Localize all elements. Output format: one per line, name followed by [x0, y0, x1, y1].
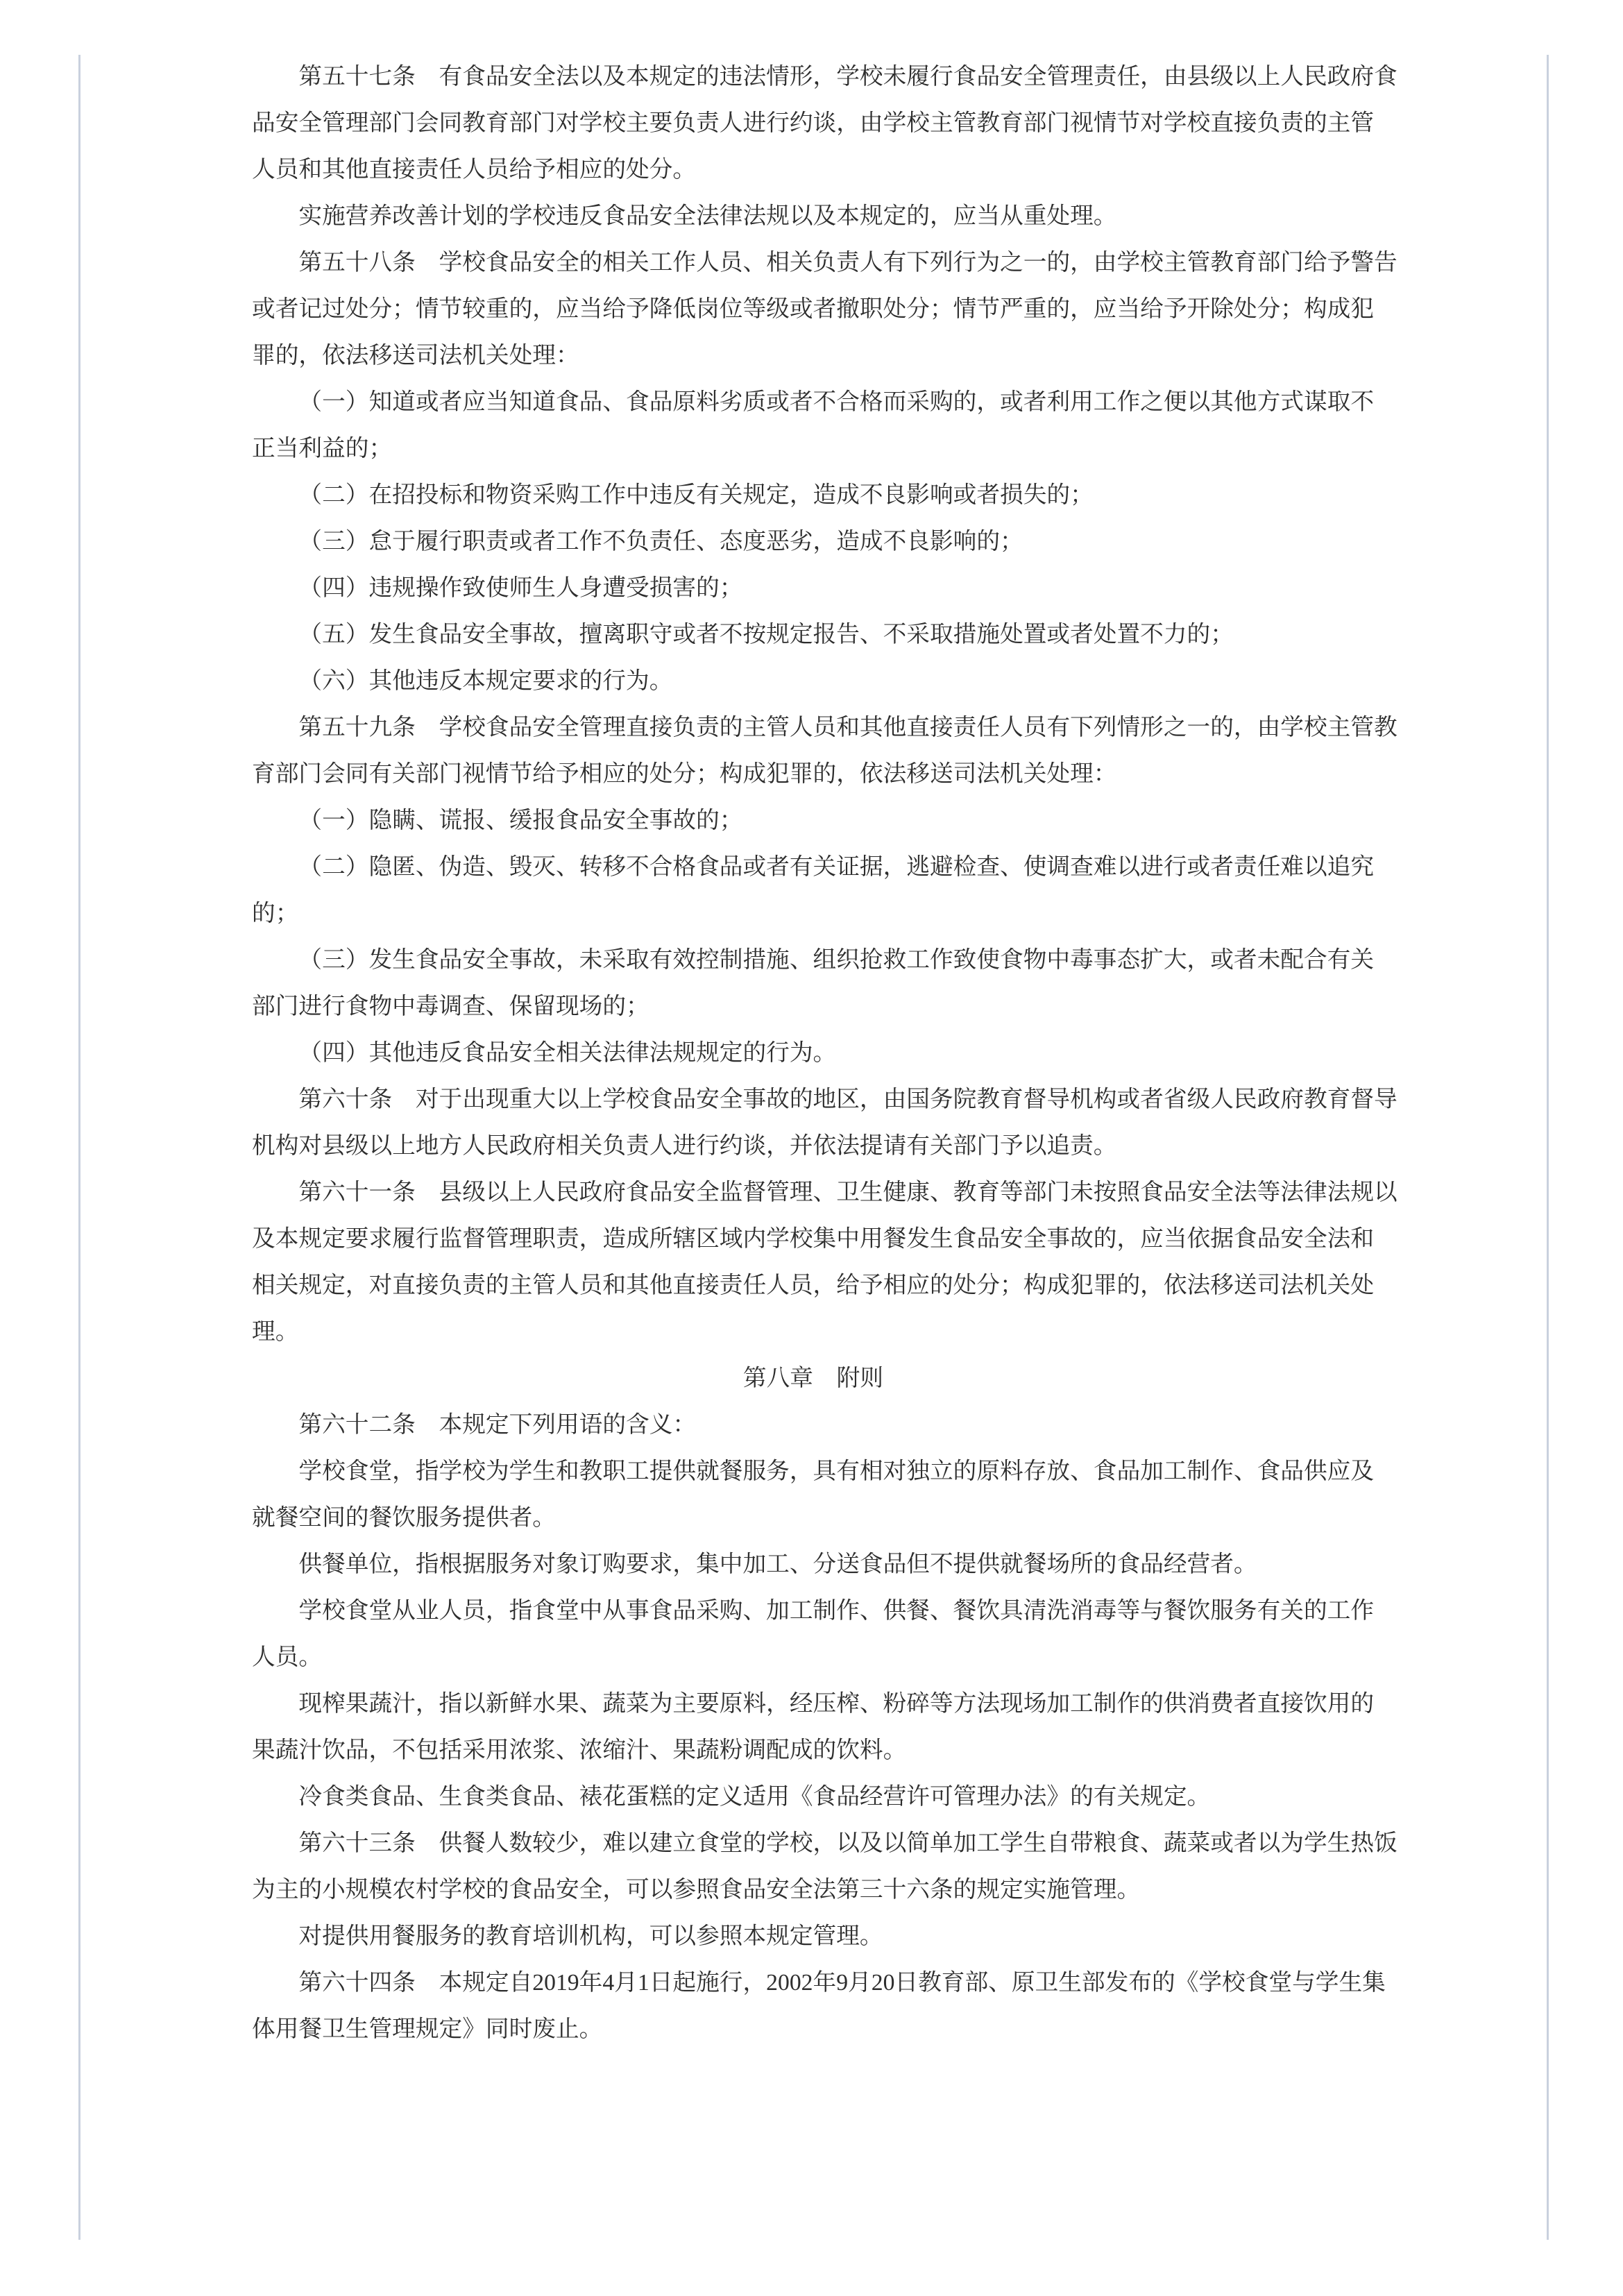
document-text: 第五十七条 有食品安全法以及本规定的违法情形，学校未履行食品安全管理责任，由县级… — [252, 53, 1375, 2052]
document-line: 学校食堂从业人员，指食堂中从事食品采购、加工制作、供餐、餐饮具清洗消毒等与餐饮服… — [252, 1588, 1375, 1634]
document-line: （三）发生食品安全事故，未采取有效控制措施、组织抢救工作致使食物中毒事态扩大，或… — [252, 937, 1375, 983]
document-line: 第六十条 对于出现重大以上学校食品安全事故的地区，由国务院教育督导机构或者省级人… — [252, 1076, 1375, 1123]
document-line: 机构对县级以上地方人民政府相关负责人进行约谈，并依法提请有关部门予以追责。 — [252, 1123, 1375, 1169]
document-line: 实施营养改善计划的学校违反食品安全法律法规以及本规定的，应当从重处理。 — [252, 193, 1375, 239]
document-line: 体用餐卫生管理规定》同时废止。 — [252, 2006, 1375, 2052]
document-line: 及本规定要求履行监督管理职责，造成所辖区域内学校集中用餐发生食品安全事故的，应当… — [252, 1216, 1375, 1262]
document-line: 人员。 — [252, 1634, 1375, 1681]
document-line: 第六十一条 县级以上人民政府食品安全监督管理、卫生健康、教育等部门未按照食品安全… — [252, 1169, 1375, 1216]
document-line: 第六十三条 供餐人数较少，难以建立食堂的学校，以及以简单加工学生自带粮食、蔬菜或… — [252, 1820, 1375, 1866]
document-line: （三）怠于履行职责或者工作不负责任、态度恶劣，造成不良影响的； — [252, 518, 1375, 565]
document-line: 冷食类食品、生食类食品、裱花蛋糕的定义适用《食品经营许可管理办法》的有关规定。 — [252, 1774, 1375, 1820]
page-right-border — [1547, 55, 1549, 2240]
document-line: （二）隐匿、伪造、毁灭、转移不合格食品或者有关证据，逃避检查、使调查难以进行或者… — [252, 844, 1375, 890]
chapter-heading: 第八章 附则 — [252, 1355, 1375, 1402]
document-line: 果蔬汁饮品，不包括采用浓浆、浓缩汁、果蔬粉调配成的饮料。 — [252, 1727, 1375, 1774]
document-line: 第六十四条 本规定自2019年4月1日起施行，2002年9月20日教育部、原卫生… — [252, 1959, 1375, 2006]
document-line: 人员和其他直接责任人员给予相应的处分。 — [252, 146, 1375, 193]
document-line: 相关规定，对直接负责的主管人员和其他直接责任人员，给予相应的处分；构成犯罪的，依… — [252, 1262, 1375, 1309]
page-left-border — [78, 55, 80, 2240]
document-line: 理。 — [252, 1309, 1375, 1355]
document-line: 的； — [252, 890, 1375, 937]
document-line: 现榨果蔬汁，指以新鲜水果、蔬菜为主要原料，经压榨、粉碎等方法现场加工制作的供消费… — [252, 1681, 1375, 1727]
document-line: 罪的，依法移送司法机关处理： — [252, 332, 1375, 379]
document-line: （四）违规操作致使师生人身遭受损害的； — [252, 565, 1375, 611]
document-line: 就餐空间的餐饮服务提供者。 — [252, 1495, 1375, 1541]
document-line: 第五十八条 学校食品安全的相关工作人员、相关负责人有下列行为之一的，由学校主管教… — [252, 239, 1375, 286]
document-line: 供餐单位，指根据服务对象订购要求，集中加工、分送食品但不提供就餐场所的食品经营者… — [252, 1541, 1375, 1588]
document-line: 为主的小规模农村学校的食品安全，可以参照食品安全法第三十六条的规定实施管理。 — [252, 1866, 1375, 1913]
document-line: 品安全管理部门会同教育部门对学校主要负责人进行约谈，由学校主管教育部门视情节对学… — [252, 100, 1375, 146]
document-line: 学校食堂，指学校为学生和教职工提供就餐服务，具有相对独立的原料存放、食品加工制作… — [252, 1448, 1375, 1495]
document-line: （二）在招投标和物资采购工作中违反有关规定，造成不良影响或者损失的； — [252, 472, 1375, 518]
document-line: 或者记过处分；情节较重的，应当给予降低岗位等级或者撤职处分；情节严重的，应当给予… — [252, 286, 1375, 332]
document-line: （四）其他违反食品安全相关法律法规规定的行为。 — [252, 1030, 1375, 1076]
document-line: 第五十九条 学校食品安全管理直接负责的主管人员和其他直接责任人员有下列情形之一的… — [252, 704, 1375, 751]
document-line: （一）知道或者应当知道食品、食品原料劣质或者不合格而采购的，或者利用工作之便以其… — [252, 379, 1375, 425]
document-line: 育部门会同有关部门视情节给予相应的处分；构成犯罪的，依法移送司法机关处理： — [252, 751, 1375, 797]
document-line: （一）隐瞒、谎报、缓报食品安全事故的； — [252, 797, 1375, 844]
document-line: 第五十七条 有食品安全法以及本规定的违法情形，学校未履行食品安全管理责任，由县级… — [252, 53, 1375, 100]
document-line: （五）发生食品安全事故，擅离职守或者不按规定报告、不采取措施处置或者处置不力的； — [252, 611, 1375, 658]
document-line: 第六十二条 本规定下列用语的含义： — [252, 1402, 1375, 1448]
document-line: 对提供用餐服务的教育培训机构，可以参照本规定管理。 — [252, 1913, 1375, 1959]
document-line: 正当利益的； — [252, 425, 1375, 472]
document-page: 第五十七条 有食品安全法以及本规定的违法情形，学校未履行食品安全管理责任，由县级… — [0, 0, 1623, 2296]
document-line: 部门进行食物中毒调查、保留现场的； — [252, 983, 1375, 1030]
document-line: （六）其他违反本规定要求的行为。 — [252, 658, 1375, 704]
